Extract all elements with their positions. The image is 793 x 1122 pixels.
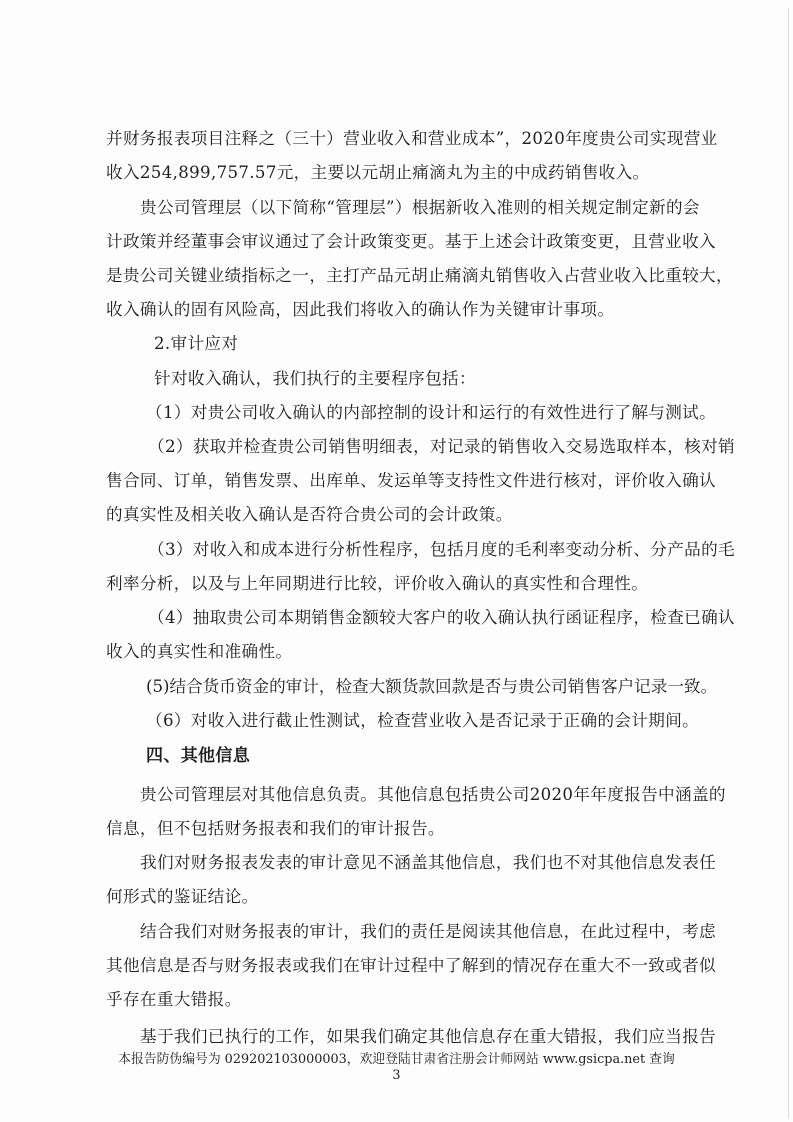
paragraph-line: 并财务报表项目注释之（三十）营业收入和营业成本”，2020年度贵公司实现营业 xyxy=(106,129,716,149)
procedure-item-1: （1）对贵公司收入确认的内部控制的设计和运行的有效性进行了解与测试。 xyxy=(146,403,756,423)
paragraph-line: 其他信息是否与财务报表或我们在审计过程中了解到的情况存在重大不一致或者似 xyxy=(106,956,716,976)
paragraph-line: 是贵公司关键业绩指标之一，主打产品元胡止痛滴丸销售收入占营业收入比重较大， xyxy=(106,266,716,286)
procedure-item-4: （4）抽取贵公司本期销售金额较大客户的收入确认执行函证程序，检查已确认 xyxy=(148,608,758,628)
paragraph-line: 乎存在重大错报。 xyxy=(106,990,716,1010)
section-heading: 四、其他信息 xyxy=(146,746,756,766)
paragraph-line: 售合同、订单，销售发票、出库单、发运单等支持性文件进行核对，评价收入确认 xyxy=(106,471,716,491)
paragraph-line: 贵公司管理层对其他信息负责。其他信息包括贵公司2020年年度报告中涵盖的 xyxy=(140,785,716,805)
paragraph-line: 基于我们已执行的工作，如果我们确定其他信息存在重大错报，我们应当报告 xyxy=(140,1027,716,1047)
procedure-item-2: （2）获取并检查贵公司销售明细表，对记录的销售收入交易选取样本，核对销 xyxy=(148,437,758,457)
paragraph-line: 的真实性及相关收入确认是否符合贵公司的会计政策。 xyxy=(106,505,716,525)
paragraph-line: 信息，但不包括财务报表和我们的审计报告。 xyxy=(106,819,716,839)
document-page: 并财务报表项目注释之（三十）营业收入和营业成本”，2020年度贵公司实现营业 收… xyxy=(0,0,793,1122)
paragraph-line: 收入确认的固有风险高，因此我们将收入的确认作为关键审计事项。 xyxy=(106,300,716,320)
paragraph-line: 何形式的鉴证结论。 xyxy=(106,887,716,907)
paragraph-line: 收入的真实性和准确性。 xyxy=(106,642,716,662)
procedure-item-3: （3）对收入和成本进行分析性程序，包括月度的毛利率变动分析、分产品的毛 xyxy=(148,540,758,560)
paragraph-line: 利率分析，以及与上年同期进行比较，评价收入确认的真实性和合理性。 xyxy=(106,574,716,594)
procedure-item-6: （6）对收入进行截止性测试，检查营业收入是否记录于正确的会计期间。 xyxy=(146,711,756,731)
paragraph-line: 我们对财务报表发表的审计意见不涵盖其他信息，我们也不对其他信息发表任 xyxy=(140,853,716,873)
paragraph-line: 结合我们对财务报表的审计，我们的责任是阅读其他信息，在此过程中，考虑 xyxy=(140,922,716,942)
paragraph-line: 收入254,899,757.57元，主要以元胡止痛滴丸为主的中成药销售收入。 xyxy=(106,163,716,183)
scan-edge-line xyxy=(788,8,789,1118)
paragraph-line: 计政策并经董事会审议通过了会计政策变更。基于上述会计政策变更，且营业收入 xyxy=(106,232,716,252)
section-subheading: 2.审计应对 xyxy=(154,334,764,354)
page-number: 3 xyxy=(0,1068,793,1084)
procedure-item-5: (5)结合货币资金的审计，检查大额货款回款是否与贵公司销售客户记录一致。 xyxy=(146,677,756,697)
anti-counterfeit-footer: 本报告防伪编号为 029202103000003，欢迎登陆甘肃省注册会计师网站 … xyxy=(0,1052,793,1068)
paragraph-line: 针对收入确认，我们执行的主要程序包括： xyxy=(154,369,764,389)
paragraph-line: 贵公司管理层（以下简称“管理层”）根据新收入准则的相关规定制定新的会 xyxy=(140,198,716,218)
